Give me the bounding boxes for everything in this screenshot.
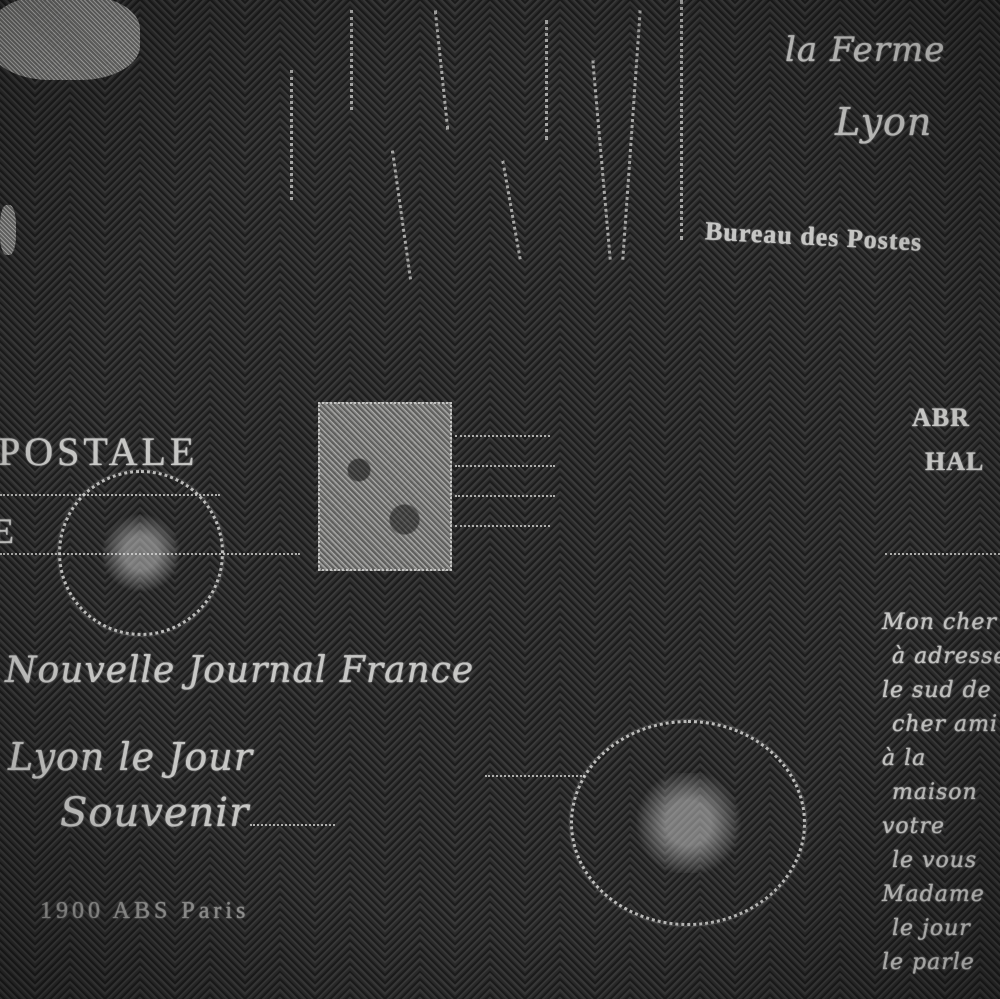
handwriting-line: le parle [882,950,975,975]
ink-blot-left-edge [0,205,16,255]
text-top-right-1: la Ferme [785,30,945,70]
script-stroke [290,70,293,200]
script-stroke [680,0,683,240]
handwriting-line: maison [892,780,978,805]
weave-column [980,0,1000,999]
weave-column [0,0,35,999]
weave-column [805,0,840,999]
text-right-caps-2: HAL [925,447,984,477]
script-line-1: Nouvelle Journal France [5,650,474,691]
weave-column [280,0,315,999]
handwriting-line: votre [882,814,945,839]
text-postale: POSTALE [0,428,198,475]
text-right-caps-1: ABR [912,403,970,433]
handwriting-line: le jour [892,916,971,941]
weave-column [525,0,560,999]
script-stroke [545,20,548,140]
underline [250,824,335,826]
handwriting-line: le sud de [882,678,992,703]
weave-column [245,0,280,999]
divider-line [885,553,1000,555]
text-postale-sub: E [0,510,15,552]
fabric-image: la Ferme Lyon Bureau des Postes POSTALE … [0,0,1000,999]
script-line-3: Souvenir [60,790,249,836]
handwriting-line: le vous [892,848,977,873]
cancel-line [455,525,550,527]
weave-column [35,0,70,999]
ink-blot-top-left [0,0,140,80]
weave-column [210,0,245,999]
handwriting-line: cher ami [892,712,998,737]
cancel-line [455,435,550,437]
script-line-2: Lyon le Jour [8,735,253,779]
weave-column [455,0,490,999]
handwriting-line: à adresse [892,644,1000,669]
weave-column [840,0,875,999]
postage-stamp [318,402,452,571]
postmark-left [58,470,224,636]
text-top-right-2: Lyon [835,100,932,144]
handwriting-line: Mon cher [882,610,997,635]
cancel-line [485,775,585,777]
text-bottom-line: 1900 ABS Paris [40,898,249,925]
cancel-line [455,465,555,467]
weave-column [490,0,525,999]
postmark-bottom [570,720,806,926]
cancel-line [455,495,555,497]
script-stroke [350,10,353,110]
handwriting-line: à la [882,746,926,771]
handwriting-line: Madame [882,882,985,907]
